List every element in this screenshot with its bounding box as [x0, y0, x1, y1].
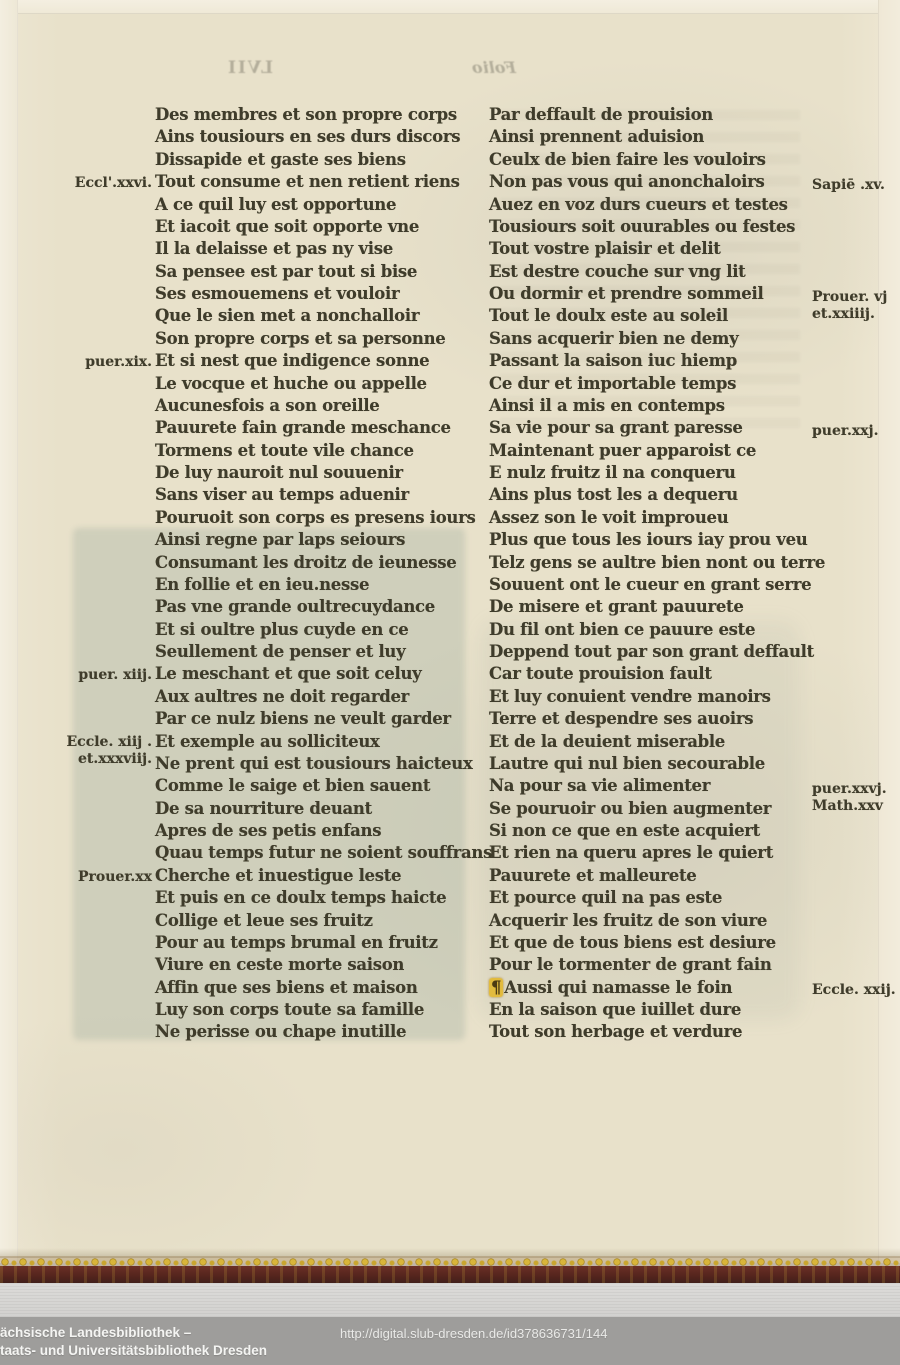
verse-line: Souuent ont le cueur en grant serre	[489, 574, 829, 596]
verse-line: Tout son herbage et verdure	[489, 1021, 829, 1043]
verse-line: Que le sien met a nonchalloir	[155, 305, 485, 327]
verse-line: Ains plus tost les a dequeru	[489, 484, 829, 506]
verse-line: Plus que tous les iours iay prou veu	[489, 529, 829, 551]
margin-reference: Eccl'.xxvi.	[60, 175, 152, 192]
verse-line: Aux aultres ne doit regarder	[155, 686, 485, 708]
verse-line: Acquerir les fruitz de son viure	[489, 910, 829, 932]
verse-line: Son propre corps et sa personne	[155, 328, 485, 350]
margin-reference-line: et.xxxviij.	[60, 751, 152, 768]
verse-line: Apres de ses petis enfans	[155, 820, 485, 842]
margin-reference: Prouer. vjet.xxiiij.	[812, 289, 900, 323]
library-name-line2: taats- und Universitätsbibliothek Dresde…	[0, 1342, 267, 1360]
document-url: http://digital.slub-dresden.de/id3786367…	[340, 1326, 607, 1341]
verse-line: Ainsi il a mis en contemps	[489, 395, 829, 417]
margin-reference-line: puer.xxj.	[812, 423, 900, 440]
margin-reference-line: puer. xiij.	[60, 667, 152, 684]
verse-line: Il la delaisse et pas ny vise	[155, 238, 485, 260]
verse-line: Sans viser au temps aduenir	[155, 484, 485, 506]
verse-line: Viure en ceste morte saison	[155, 954, 485, 976]
margin-reference-line: Eccle. xiij .	[60, 734, 152, 751]
margin-reference-line: et.xxiiij.	[812, 306, 900, 323]
verse-line: Auez en voz durs cueurs et testes	[489, 194, 829, 216]
verse-line: En follie et en ieu.nesse	[155, 574, 485, 596]
verse-line: Affin que ses biens et maison	[155, 977, 485, 999]
margin-reference: puer.xxj.	[812, 423, 900, 440]
verse-line: Et si nest que indigence sonne	[155, 350, 485, 372]
verse-line: Pour au temps brumal en fruitz	[155, 932, 485, 954]
verse-line: De sa nourriture deuant	[155, 798, 485, 820]
page-left-edge	[0, 0, 18, 1263]
verse-line: Dissapide et gaste ses biens	[155, 149, 485, 171]
verse-line: Passant la saison iuc hiemp	[489, 350, 829, 372]
margin-reference: puer. xiij.	[60, 667, 152, 684]
verse-line: Luy son corps toute sa famille	[155, 999, 485, 1021]
verse-line: ¶Aussi qui namasse le foin	[489, 977, 829, 999]
verse-line: Comme le saige et bien sauent	[155, 775, 485, 797]
verse-line: Non pas vous qui anonchaloirs	[489, 171, 829, 193]
verse-line: Et iacoit que soit opporte vne	[155, 216, 485, 238]
verse-line: Et luy conuient vendre manoirs	[489, 686, 829, 708]
verse-line: Est destre couche sur vng lit	[489, 261, 829, 283]
verse-line: Na pour sa vie alimenter	[489, 775, 829, 797]
margin-reference-line: Eccl'.xxvi.	[60, 175, 152, 192]
verse-line: Le vocque et huche ou appelle	[155, 373, 485, 395]
verse-line: Seullement de penser et luy	[155, 641, 485, 663]
verse-line: Sa vie pour sa grant paresse	[489, 417, 829, 439]
verse-line: A ce quil luy est opportune	[155, 194, 485, 216]
verse-line: Et rien na queru apres le quiert	[489, 842, 829, 864]
verse-line: Assez son le voit improueu	[489, 507, 829, 529]
verse-line: Pauurete fain grande meschance	[155, 417, 485, 439]
verse-line: Telz gens se aultre bien nont ou terre	[489, 552, 829, 574]
verse-line: De luy nauroit nul souuenir	[155, 462, 485, 484]
verse-line: Ses esmouemens et vouloir	[155, 283, 485, 305]
verse-line: Par deffault de prouision	[489, 104, 829, 126]
margin-reference-line: puer.xix.	[60, 354, 152, 371]
verse-line: Car toute prouision fault	[489, 663, 829, 685]
verse-line: Cherche et inuestigue leste	[155, 865, 485, 887]
margin-reference-line: Math.xxv	[812, 798, 900, 815]
verse-line: Ne perisse ou chape inutille	[155, 1021, 485, 1043]
verse-line: Pouruoit son corps es presens iours	[155, 507, 485, 529]
verse-line: En la saison que iuillet dure	[489, 999, 829, 1021]
margin-reference: puer.xxvj.Math.xxv	[812, 781, 900, 815]
manuscript-page: LVII Folio Eccl'.xxvi.puer.xix.puer. xii…	[0, 0, 900, 1263]
verse-line: Ce dur et importable temps	[489, 373, 829, 395]
verse-line: Ou dormir et prendre sommeil	[489, 283, 829, 305]
verse-line: Tormens et toute vile chance	[155, 440, 485, 462]
verse-line: Ne prent qui est tousiours haicteux	[155, 753, 485, 775]
verse-line: Se pouruoir ou bien augmenter	[489, 798, 829, 820]
verse-line: Lautre qui nul bien secourable	[489, 753, 829, 775]
margin-reference-line: Sapiē .xv.	[812, 177, 900, 194]
library-attribution: ächsische Landesbibliothek – taats- und …	[0, 1324, 267, 1359]
margin-reference: Sapiē .xv.	[812, 177, 900, 194]
right-text-column: Par deffault de prouisionAinsi prennent …	[489, 104, 829, 1044]
verse-line: Et de la deuient miserable	[489, 731, 829, 753]
verse-line: Et exemple au solliciteux	[155, 731, 485, 753]
verse-line: Et que de tous biens est desiure	[489, 932, 829, 954]
verse-line: Terre et despendre ses auoirs	[489, 708, 829, 730]
verse-line: Ceulx de bien faire les vouloirs	[489, 149, 829, 171]
verse-line: Tout le doulx este au soleil	[489, 305, 829, 327]
verse-line: Maintenant puer apparoist ce	[489, 440, 829, 462]
margin-reference-line: puer.xxvj.	[812, 781, 900, 798]
verse-line: Des membres et son propre corps	[155, 104, 485, 126]
margin-reference: Eccle. xxij.	[812, 982, 900, 999]
verse-line: Collige et leue ses fruitz	[155, 910, 485, 932]
verse-line: De misere et grant pauurete	[489, 596, 829, 618]
verse-line: Et pource quil na pas este	[489, 887, 829, 909]
verse-line: Par ce nulz biens ne veult garder	[155, 708, 485, 730]
verse-line: Sa pensee est par tout si bise	[155, 261, 485, 283]
verse-line: Tout consume et nen retient riens	[155, 171, 485, 193]
verse-line: E nulz fruitz il na conqueru	[489, 462, 829, 484]
verse-line: Si non ce que en este acquiert	[489, 820, 829, 842]
margin-reference-line: Eccle. xxij.	[812, 982, 900, 999]
gilded-pilcrow-mark: ¶	[489, 978, 503, 997]
left-text-column: Des membres et son propre corpsAins tous…	[155, 104, 485, 1044]
verse-line: Deppend tout par son grant deffault	[489, 641, 829, 663]
folio-number-showthrough: LVII	[226, 58, 273, 78]
library-name-line1: ächsische Landesbibliothek –	[0, 1324, 267, 1342]
scan-background-strip	[0, 1283, 900, 1317]
verse-line: Tousiours soit ouurables ou festes	[489, 216, 829, 238]
verse-line: Tout vostre plaisir et delit	[489, 238, 829, 260]
verse-line: Ainsi regne par laps seiours	[155, 529, 485, 551]
verse-line: Le meschant et que soit celuy	[155, 663, 485, 685]
margin-reference: puer.xix.	[60, 354, 152, 371]
verse-line: Ainsi prennent aduision	[489, 126, 829, 148]
verse-line: Quau temps futur ne soient souffrans	[155, 842, 485, 864]
digitized-manuscript-view: LVII Folio Eccl'.xxvi.puer.xix.puer. xii…	[0, 0, 900, 1365]
margin-reference-line: Prouer.xx	[60, 869, 152, 886]
library-footer-bar: ächsische Landesbibliothek – taats- und …	[0, 1317, 900, 1365]
verse-line: Pour le tormenter de grant fain	[489, 954, 829, 976]
verse-line: Aucunesfois a son oreille	[155, 395, 485, 417]
margin-reference-line: Prouer. vj	[812, 289, 900, 306]
verse-line: Ains tousiours en ses durs discors	[155, 126, 485, 148]
leather-binding-edge	[0, 1266, 900, 1283]
folio-word-showthrough: Folio	[472, 58, 516, 77]
verse-line: Et si oultre plus cuyde en ce	[155, 619, 485, 641]
verse-line: Pas vne grande oultrecuydance	[155, 596, 485, 618]
margin-reference: Prouer.xx	[60, 869, 152, 886]
verse-line: Du fil ont bien ce pauure este	[489, 619, 829, 641]
verse-line: Pauurete et malleurete	[489, 865, 829, 887]
verse-line: Consumant les droitz de ieunesse	[155, 552, 485, 574]
page-top-edge	[0, 0, 900, 14]
verse-line: Et puis en ce doulx temps haicte	[155, 887, 485, 909]
margin-reference: Eccle. xiij .et.xxxviij.	[60, 734, 152, 768]
verse-line: Sans acquerir bien ne demy	[489, 328, 829, 350]
